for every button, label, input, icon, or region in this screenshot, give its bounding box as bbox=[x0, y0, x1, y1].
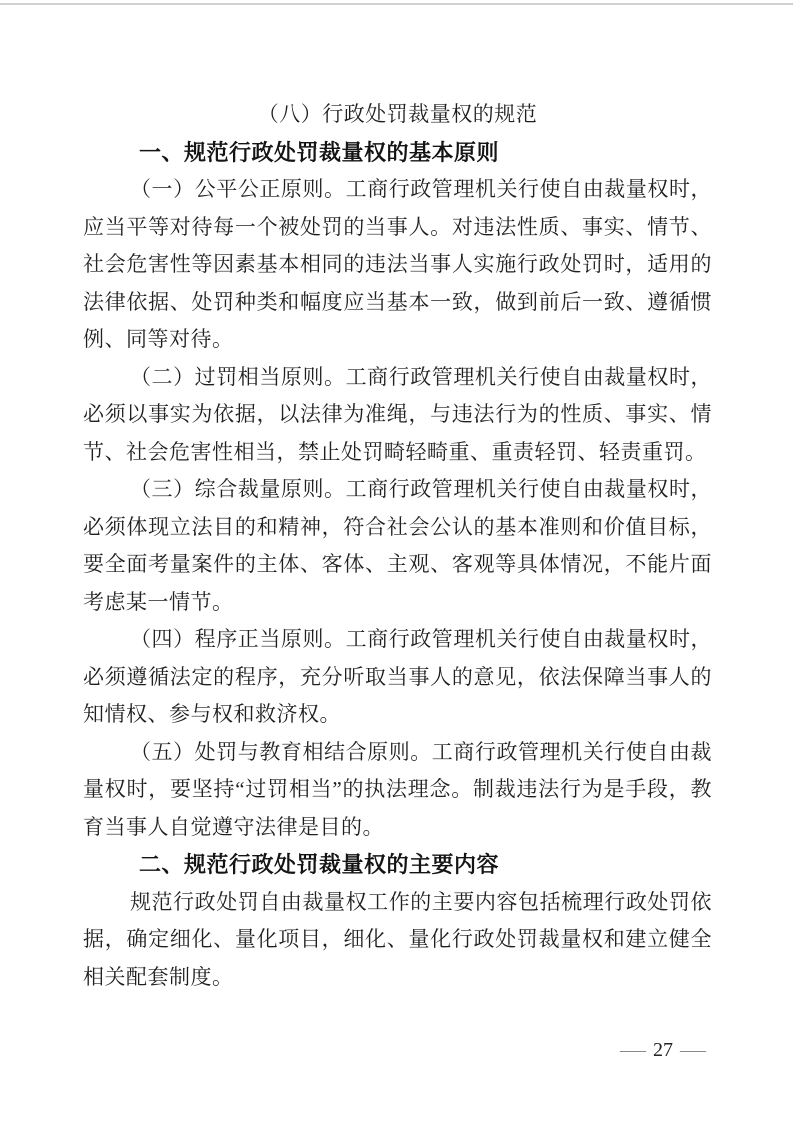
paragraph-main-content: 规范行政处罚自由裁量权工作的主要内容包括梳理行政处罚依据，确定细化、量化项目，细… bbox=[83, 884, 712, 997]
paragraph-principle-3: （三）综合裁量原则。工商行政管理机关行使自由裁量权时，必须体现立法目的和精神，符… bbox=[83, 471, 712, 621]
paragraph-principle-1: （一）公平公正原则。工商行政管理机关行使自由裁量权时，应当平等对待每一个被处罚的… bbox=[83, 171, 712, 359]
section-heading-2: 二、规范行政处罚裁量权的主要内容 bbox=[83, 846, 712, 884]
footer-dash-right: — bbox=[680, 1036, 706, 1064]
paragraph-principle-4: （四）程序正当原则。工商行政管理机关行使自由裁量权时，必须遵循法定的程序，充分听… bbox=[83, 621, 712, 734]
footer-dash-left: — bbox=[620, 1036, 646, 1064]
paragraph-principle-5: （五）处罚与教育相结合原则。工商行政管理机关行使自由裁量权时，要坚持“过罚相当”… bbox=[83, 734, 712, 847]
scan-artifact-line bbox=[0, 3, 793, 5]
section-heading-1: 一、规范行政处罚裁量权的基本原则 bbox=[83, 134, 712, 172]
page-content: （八）行政处罚裁量权的规范 一、规范行政处罚裁量权的基本原则 （一）公平公正原则… bbox=[83, 96, 712, 996]
document-title: （八）行政处罚裁量权的规范 bbox=[83, 96, 712, 134]
paragraph-principle-2: （二）过罚相当原则。工商行政管理机关行使自由裁量权时，必须以事实为依据，以法律为… bbox=[83, 359, 712, 472]
page-footer: — 27 — bbox=[623, 1036, 703, 1064]
page-number: 27 bbox=[653, 1036, 673, 1064]
document-page: （八）行政处罚裁量权的规范 一、规范行政处罚裁量权的基本原则 （一）公平公正原则… bbox=[0, 0, 793, 1122]
